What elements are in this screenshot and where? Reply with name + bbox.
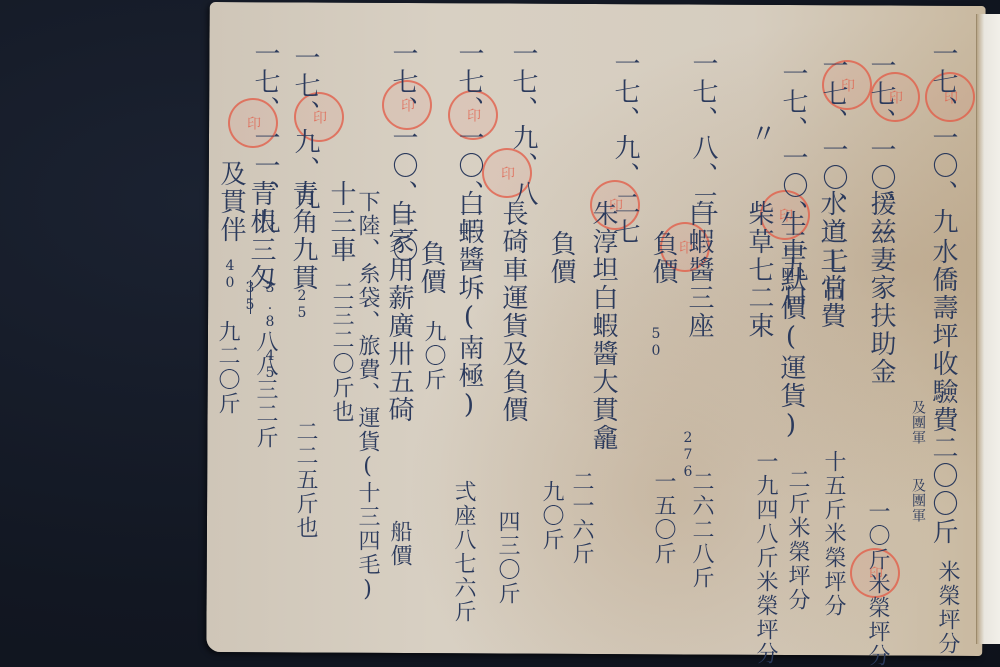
entry-amount: 十五斤米榮坪分 [818, 450, 849, 618]
entry-text: 柴草七二束 [746, 200, 772, 340]
entry-date: 一七、九、八 [510, 40, 536, 208]
entry-amount: 四三〇斤 [492, 510, 523, 606]
entry-text: 及貫伴 [218, 160, 244, 244]
entry-amount: 一九四八斤米榮坪分 [750, 450, 781, 666]
entry-text: 青根三匁 [248, 180, 274, 292]
entry-amount: 二六二八斤 [686, 470, 717, 590]
entry-text: 白蝦醬三座 [686, 200, 712, 340]
entry-text: 水僑壽坪收驗費二〇〇斤 [930, 238, 956, 546]
entry-text: 水道工常費 [818, 190, 844, 330]
entry-amount: 米榮坪分 [932, 560, 963, 656]
struck-value: 35 [242, 280, 258, 314]
entry-text: 朱淳坦白蝦醬大貫龕 [590, 200, 616, 452]
entry-amount: 一〇斤米榮坪分 [862, 500, 893, 667]
next-page-edge [976, 14, 1000, 644]
entry-text: 負價 [650, 230, 676, 286]
entry-date: 一七、八、三 [690, 50, 716, 218]
entry-text: 白蝦醬坼(南極) [456, 190, 482, 422]
entry-amount: 二二五斤也 [290, 420, 321, 540]
entry-amount: 九二〇斤 [212, 320, 243, 416]
entry-text: 負價 [548, 230, 574, 286]
entry-text: 負價 [418, 240, 444, 296]
entry-note: 及團軍 [908, 478, 928, 523]
entry-text: 自家用薪廣卅五碕 [386, 200, 412, 424]
entry-text: 長碕車運貨及負價 [500, 200, 526, 424]
entry-amount: 船價 [384, 520, 415, 568]
entry-text: 援兹妻家扶助金 [868, 190, 894, 386]
entry-subnote: 25 [294, 288, 310, 322]
entry-subnote: 50 [648, 326, 664, 360]
entry-amount: 一五〇斤 [648, 470, 679, 566]
entry-amount: 二一六斤 [566, 470, 597, 566]
entry-amount: 九〇斤 [418, 320, 449, 392]
entry-subnote: 40 [222, 258, 238, 292]
entry-text: 牛車默價(運貨) [778, 210, 804, 442]
entry-text: 下陸、糸袋、旅費、運貨(十三四毛) [356, 190, 378, 604]
entry-amount: 弍座八七六斤 [448, 480, 479, 624]
entry-note: 及團軍 [908, 400, 928, 445]
entry-amount: 八八三二斤 [250, 330, 281, 450]
entry-amount: 九〇斤 [536, 480, 567, 552]
entry-amount: 二三二〇斤也 [326, 280, 357, 424]
entry-text: 十三車 [328, 180, 354, 264]
entry-text: 青角九貫 [290, 180, 316, 292]
entry-amount: 二斤米榮坪分 [782, 468, 813, 612]
entry-date: 一七、一〇、九 [930, 40, 956, 236]
entry-date: 〃 [748, 120, 774, 148]
